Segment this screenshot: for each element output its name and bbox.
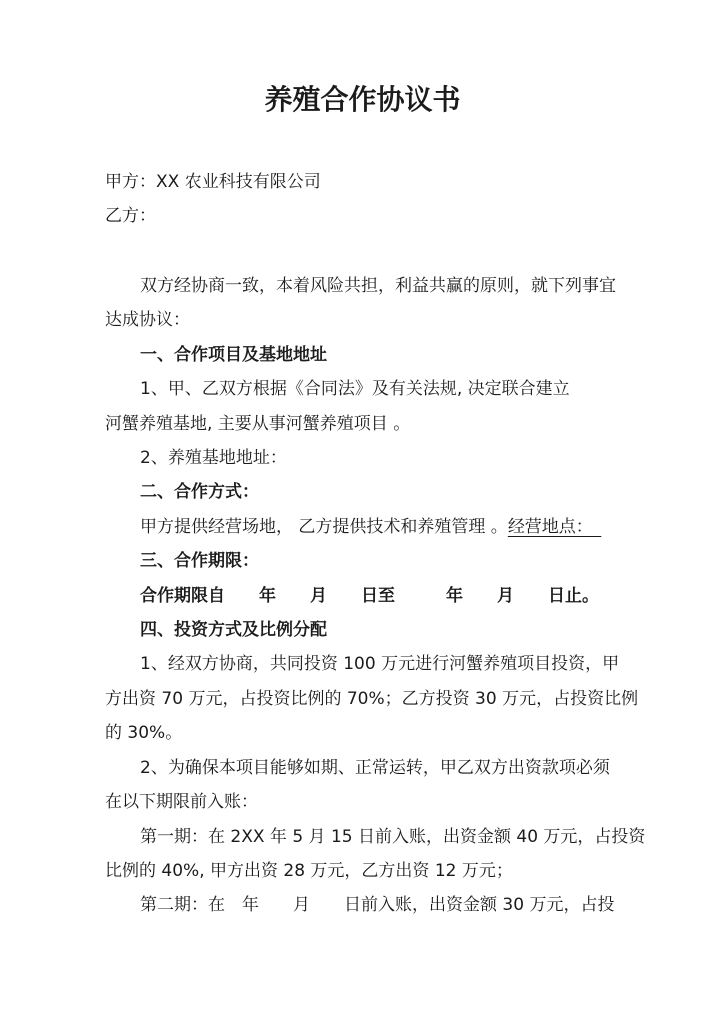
section-4-clause-1-line-3: 的 30%。 [105, 716, 620, 750]
section-2-clause-text: 甲方提供经营场地， 乙方提供技术和养殖管理 。 [140, 517, 508, 537]
cooperation-term-blank-line: 合作期限自 年 月 日至 年 月 日止。 [105, 579, 620, 613]
section-3-heading: 三、合作期限： [105, 544, 620, 578]
section-4-clause-2-line-2: 在以下期限前入账： [105, 785, 620, 819]
section-4-clause-1-line-1: 1、经双方协商，共同投资 100 万元进行河蟹养殖项目投资，甲 [105, 647, 620, 681]
installment-1-line-1: 第一期：在 2XX 年 5 月 15 日前入账，出资金额 40 万元，占投资 [105, 820, 620, 854]
document-page: 养殖合作协议书 甲方：XX 农业科技有限公司 乙方： 双方经协商一致，本着风险共… [0, 0, 720, 1017]
party-a-line: 甲方：XX 农业科技有限公司 [105, 165, 620, 199]
section-2-clause: 甲方提供经营场地， 乙方提供技术和养殖管理 。经营地点： [105, 510, 620, 544]
section-4-heading: 四、投资方式及比例分配 [105, 613, 620, 647]
business-location-blank-field: 经营地点： [508, 517, 602, 537]
section-4-clause-1-line-2: 方出资 70 万元，占投资比例的 70%；乙方投资 30 万元，占投资比例 [105, 682, 620, 716]
section-1-clause-2: 2、养殖基地地址： [105, 441, 620, 475]
party-b-line: 乙方： [105, 199, 620, 233]
installment-1-line-2: 比例的 40%, 甲方出资 28 万元，乙方出资 12 万元； [105, 854, 620, 888]
agreement-body: 双方经协商一致，本着风险共担，利益共赢的原则，就下列事宜 达成协议： 一、合作项… [105, 269, 620, 923]
preamble-line-2: 达成协议： [105, 303, 620, 337]
section-1-clause-1-line-2: 河蟹养殖基地, 主要从事河蟹养殖项目 。 [105, 407, 620, 441]
document-title: 养殖合作协议书 [105, 82, 620, 118]
preamble-line-1: 双方经协商一致，本着风险共担，利益共赢的原则，就下列事宜 [105, 269, 620, 303]
section-2-heading: 二、合作方式： [105, 475, 620, 509]
installment-2-line-1: 第二期：在 年 月 日前入账，出资金额 30 万元，占投 [105, 888, 620, 922]
section-4-clause-2-line-1: 2、为确保本项目能够如期、正常运转，甲乙双方出资款项必须 [105, 751, 620, 785]
section-1-clause-1-line-1: 1、甲、乙双方根据《合同法》及有关法规, 决定联合建立 [105, 372, 620, 406]
party-block: 甲方：XX 农业科技有限公司 乙方： [105, 165, 620, 233]
section-1-heading: 一、合作项目及基地地址 [105, 338, 620, 372]
